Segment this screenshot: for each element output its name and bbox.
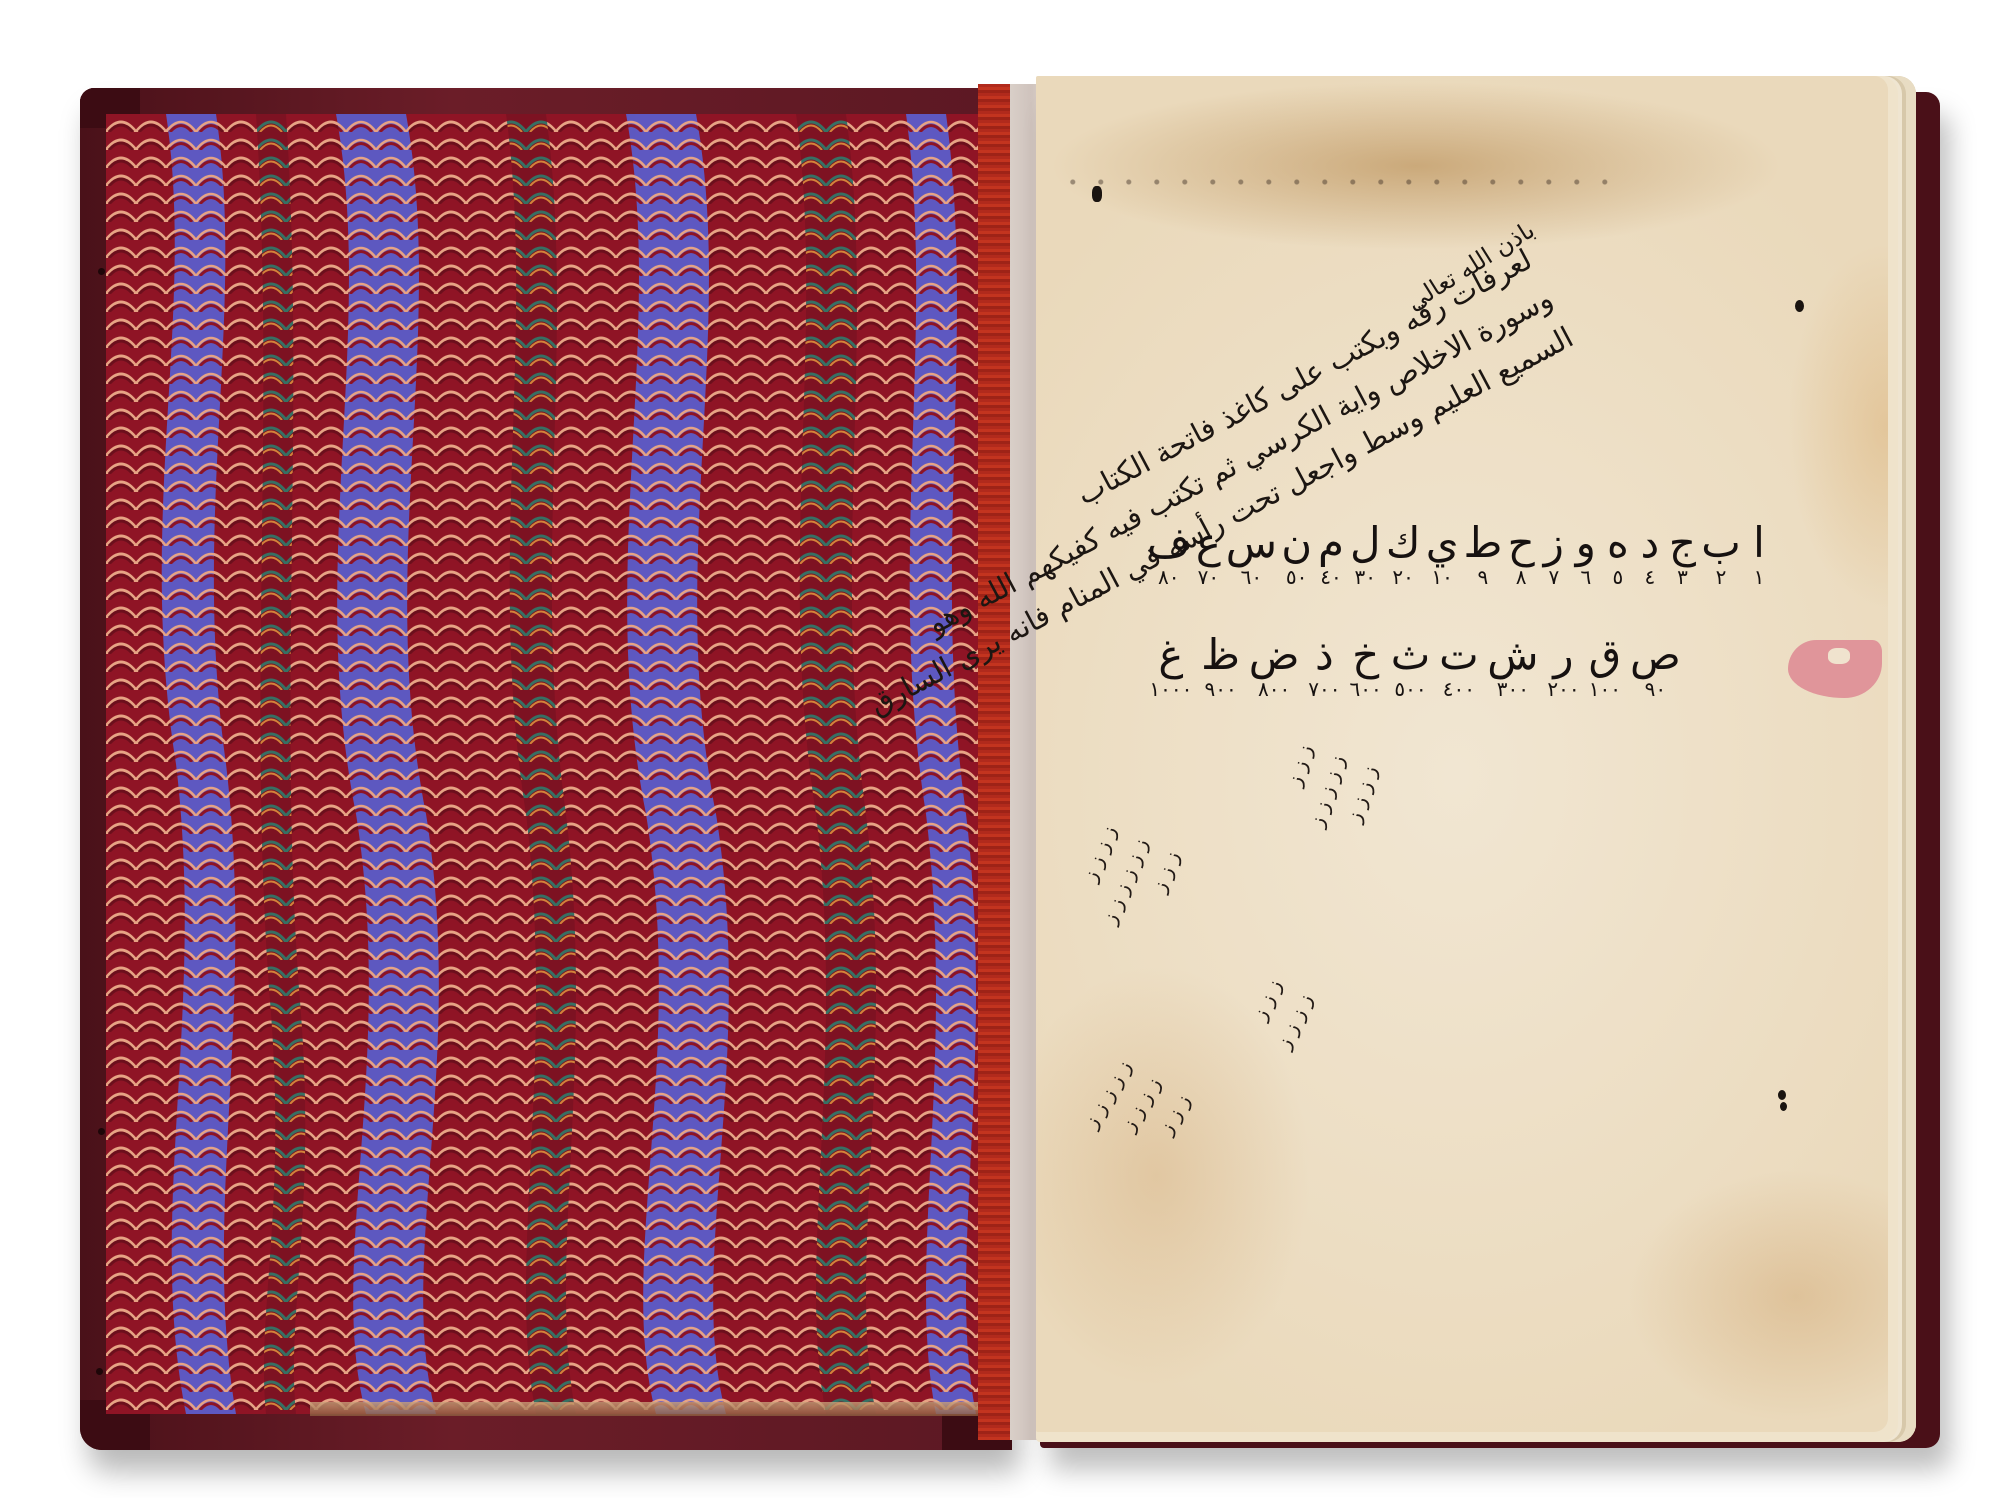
abjad-letter: م xyxy=(1318,520,1344,566)
abjad-value: ٨ xyxy=(1516,566,1527,588)
abjad-letter: ص xyxy=(1630,632,1681,678)
abjad-letter: ق xyxy=(1589,632,1622,678)
marbled-endpaper xyxy=(106,114,992,1414)
binding-hole xyxy=(98,1128,105,1135)
abjad-value: ٧٠ xyxy=(1198,566,1219,588)
abjad-cell: ط٩ xyxy=(1466,520,1499,588)
abjad-value: ٤ xyxy=(1644,566,1655,588)
abjad-letter: ض xyxy=(1249,632,1300,678)
abjad-value: ٢٠٠ xyxy=(1547,678,1579,700)
abjad-letter: ث xyxy=(1391,632,1431,678)
abjad-value: ٦ xyxy=(1580,566,1591,588)
photo-scene: لعرفات رقه وبكتب على كاغذ فاتحة الكتاب و… xyxy=(0,0,2000,1498)
abjad-cell: س٦٠ xyxy=(1229,520,1273,588)
abjad-letter: ز xyxy=(1544,520,1564,566)
ink-blot xyxy=(1778,1090,1786,1100)
abjad-value: ٩ xyxy=(1478,566,1489,588)
left-cover-binding xyxy=(80,88,1012,1450)
abjad-value: ٨٠٠ xyxy=(1258,678,1290,700)
abjad-value: ٦٠٠ xyxy=(1350,678,1382,700)
abjad-value: ٥٠ xyxy=(1286,566,1307,588)
abjad-letter: ل xyxy=(1350,520,1381,566)
abjad-table: ا١ب٢ج٣د٤ه٥و٦ز٧ح٨ط٩ي١٠ك٢٠ل٣٠م٤٠ن٥٠س٦٠ع٧٠ف… xyxy=(1150,520,1770,744)
abjad-value: ٤٠ xyxy=(1320,566,1341,588)
abjad-value: ٨٠ xyxy=(1158,566,1179,588)
abjad-letter: ح xyxy=(1508,520,1535,566)
abjad-letter: ن xyxy=(1281,520,1312,566)
abjad-cell: ث٥٠٠ xyxy=(1391,632,1429,700)
abjad-cell: ا١ xyxy=(1748,520,1770,588)
abjad-cell: ت٤٠٠ xyxy=(1440,632,1478,700)
abjad-value: ١ xyxy=(1754,566,1765,588)
spine-red-edge xyxy=(978,84,1012,1440)
abjad-letter: و xyxy=(1576,520,1596,566)
abjad-value: ٥ xyxy=(1612,566,1623,588)
abjad-value: ٣ xyxy=(1677,566,1688,588)
abjad-cell: ض٨٠٠ xyxy=(1249,632,1298,700)
abjad-letter: ه xyxy=(1607,520,1629,566)
abjad-cell: ج٣ xyxy=(1671,520,1694,588)
abjad-letter: ا xyxy=(1753,520,1765,566)
abjad-value: ١٠٠٠ xyxy=(1149,678,1192,700)
abjad-cell: ك٢٠ xyxy=(1388,520,1418,588)
abjad-value: ٢٠ xyxy=(1392,566,1413,588)
abjad-cell: خ٦٠٠ xyxy=(1350,632,1381,700)
leather-turn-in xyxy=(310,1402,990,1416)
abjad-letter: ك xyxy=(1386,520,1421,566)
abjad-letter: ف xyxy=(1147,520,1191,566)
abjad-cell: ش٣٠٠ xyxy=(1488,632,1538,700)
abjad-letter: ب xyxy=(1701,520,1741,566)
binding-hole xyxy=(96,1368,103,1375)
abjad-value: ٣٠٠ xyxy=(1497,678,1529,700)
abjad-letter: غ xyxy=(1158,632,1183,678)
ink-blot xyxy=(1780,1102,1787,1111)
abjad-value: ٧ xyxy=(1548,566,1559,588)
abjad-value: ٣٠ xyxy=(1354,566,1375,588)
marbled-pattern xyxy=(106,114,992,1414)
abjad-letter: ي xyxy=(1426,520,1459,566)
abjad-letter: ذ xyxy=(1315,632,1334,678)
abjad-cell: د٤ xyxy=(1639,520,1661,588)
abjad-letter: ت xyxy=(1439,632,1479,678)
abjad-cell: ف٨٠ xyxy=(1150,520,1187,588)
abjad-cell: و٦ xyxy=(1575,520,1597,588)
abjad-value: ٩٠ xyxy=(1645,678,1666,700)
abjad-letter: ر xyxy=(1553,632,1573,678)
abjad-cell: م٤٠ xyxy=(1320,520,1342,588)
abjad-value: ٤٠٠ xyxy=(1443,678,1475,700)
abjad-letter: ش xyxy=(1487,632,1538,678)
abjad-cell: ر٢٠٠ xyxy=(1548,632,1579,700)
abjad-letter: خ xyxy=(1352,632,1379,678)
abjad-value: ١٠٠ xyxy=(1589,678,1621,700)
abjad-cell: ي١٠ xyxy=(1428,520,1456,588)
abjad-cell: ح٨ xyxy=(1510,520,1533,588)
abjad-cell: غ١٠٠٠ xyxy=(1150,632,1192,700)
abjad-row: ا١ب٢ج٣د٤ه٥و٦ز٧ح٨ط٩ي١٠ك٢٠ل٣٠م٤٠ن٥٠س٦٠ع٧٠ف… xyxy=(1150,520,1770,588)
abjad-value: ٢ xyxy=(1716,566,1727,588)
abjad-row: ص٩٠ق١٠٠ر٢٠٠ش٣٠٠ت٤٠٠ث٥٠٠خ٦٠٠ذ٧٠٠ض٨٠٠ظ٩٠٠غ… xyxy=(1150,632,1770,700)
abjad-letter: ج xyxy=(1669,520,1696,566)
abjad-cell: ذ٧٠٠ xyxy=(1309,632,1340,700)
abjad-value: ٥٠٠ xyxy=(1394,678,1426,700)
abjad-cell: ق١٠٠ xyxy=(1589,632,1621,700)
abjad-letter: ظ xyxy=(1201,632,1240,678)
abjad-value: ١٠ xyxy=(1431,566,1452,588)
abjad-letter: س xyxy=(1226,520,1277,566)
abjad-cell: ب٢ xyxy=(1704,520,1738,588)
abjad-letter: ط xyxy=(1463,520,1502,566)
abjad-cell: ز٧ xyxy=(1543,520,1565,588)
binding-hole xyxy=(98,268,105,275)
abjad-cell: ل٣٠ xyxy=(1352,520,1378,588)
abjad-value: ٦٠ xyxy=(1241,566,1262,588)
abjad-cell: ص٩٠ xyxy=(1631,632,1680,700)
ink-blot xyxy=(1795,300,1804,312)
abjad-letter: د xyxy=(1640,520,1659,566)
abjad-cell: ن٥٠ xyxy=(1283,520,1309,588)
top-ink-specks xyxy=(1070,172,1630,198)
ink-blot xyxy=(1092,186,1102,202)
abjad-cell: ظ٩٠٠ xyxy=(1202,632,1240,700)
abjad-cell: ع٧٠ xyxy=(1197,520,1219,588)
abjad-value: ٩٠٠ xyxy=(1204,678,1236,700)
abjad-letter: ع xyxy=(1196,520,1221,566)
abjad-value: ٧٠٠ xyxy=(1308,678,1340,700)
abjad-cell: ه٥ xyxy=(1607,520,1629,588)
